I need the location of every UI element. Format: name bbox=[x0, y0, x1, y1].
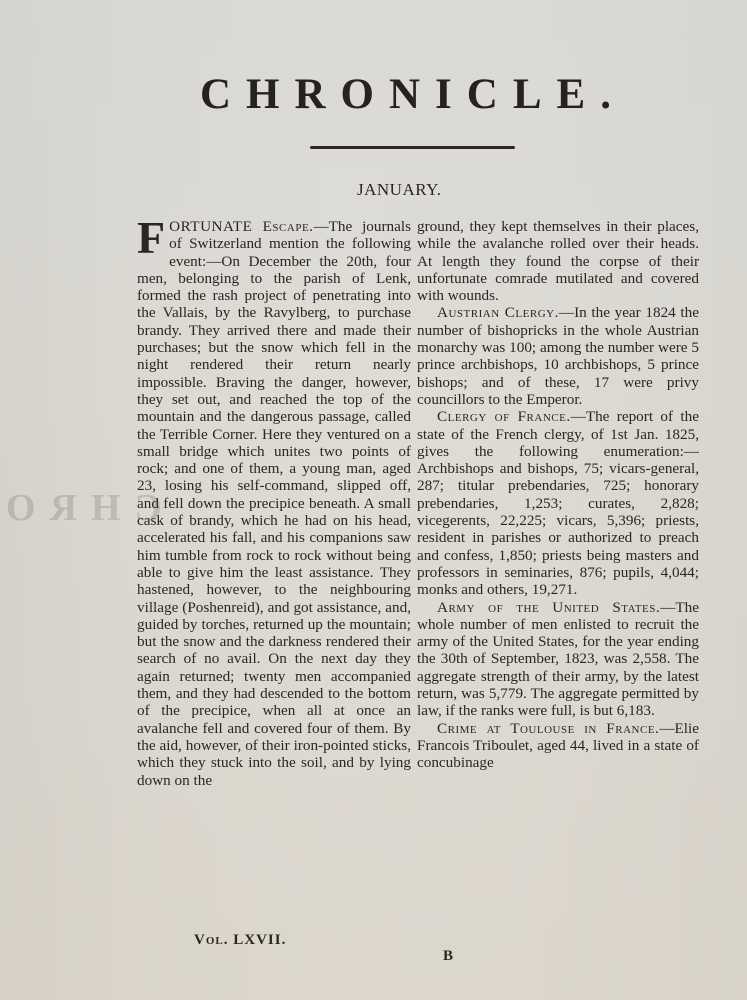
fortunate-escape-paragraph: FORTUNATE Escape.—The journals of Switze… bbox=[137, 218, 411, 789]
section-heading: Austrian Clergy. bbox=[437, 304, 559, 321]
drop-cap: F bbox=[137, 220, 165, 256]
page-title: CHRONICLE. bbox=[200, 70, 620, 119]
paragraph-text: —The journals of Switzerland mention the… bbox=[137, 218, 411, 789]
signature-mark: B bbox=[443, 948, 453, 965]
austrian-clergy-paragraph: Austrian Clergy.—In the year 1824 the nu… bbox=[417, 304, 699, 408]
section-heading: Crime at Toulouse in France. bbox=[437, 720, 659, 737]
section-heading: Clergy of France. bbox=[437, 408, 571, 425]
right-column: ground, they kept themselves in their pl… bbox=[417, 218, 699, 772]
section-heading: Army of the United States. bbox=[437, 599, 660, 616]
crime-toulouse-paragraph: Crime at Toulouse in France.—Elie Franco… bbox=[417, 720, 699, 772]
left-column: FORTUNATE Escape.—The journals of Switze… bbox=[137, 218, 411, 789]
title-rule bbox=[310, 146, 515, 149]
paragraph-text: —The whole number of men enlisted to rec… bbox=[417, 599, 699, 720]
volume-footer: Vol. LXVII. bbox=[194, 932, 286, 949]
month-heading: JANUARY. bbox=[357, 180, 441, 200]
section-heading: ORTUNATE Escape. bbox=[169, 218, 313, 235]
paragraph-text: —The report of the state of the French c… bbox=[417, 408, 699, 598]
continued-paragraph: ground, they kept themselves in their pl… bbox=[417, 218, 699, 304]
army-united-states-paragraph: Army of the United States.—The whole num… bbox=[417, 599, 699, 720]
clergy-of-france-paragraph: Clergy of France.—The report of the stat… bbox=[417, 408, 699, 598]
